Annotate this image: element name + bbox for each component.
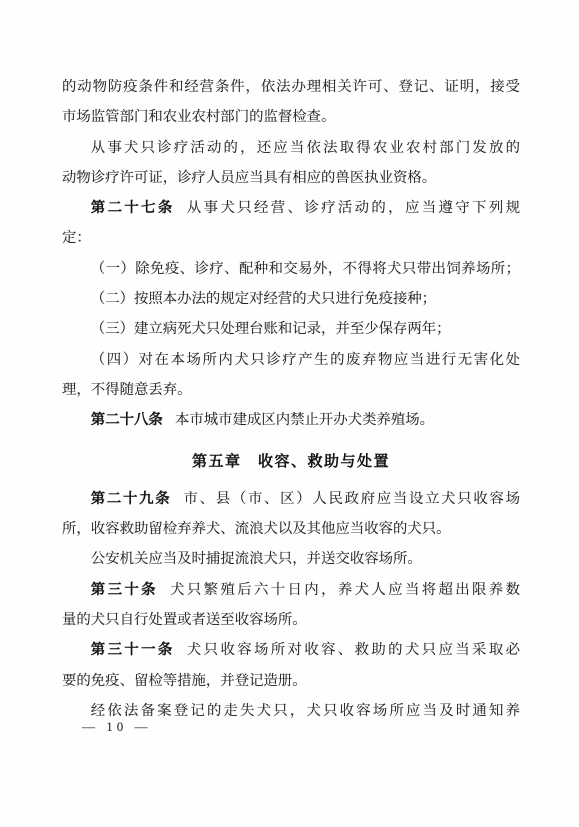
list-item-line: （一）除免疫、诊疗、配种和交易外，不得将犬只带出饲养场所； — [62, 254, 520, 284]
article-line: 第二十七条从事犬只经营、诊疗活动的，应当遵守下列规 — [62, 193, 520, 223]
text-line: 理，不得随意丢弃。 — [62, 375, 520, 405]
text-line: 量的犬只自行处置或者送至收容场所。 — [62, 605, 520, 635]
line-text: 理，不得随意丢弃。 — [62, 382, 192, 398]
line-text: 量的犬只自行处置或者送至收容场所。 — [62, 612, 307, 628]
article-number-label: 第三十条 — [91, 582, 158, 598]
text-line: 从事犬只诊疗活动的，还应当依法取得农业农村部门发放的 — [62, 133, 520, 163]
article-number-label: 第二十七条 — [91, 200, 175, 216]
line-text: 市、县（市、区）人民政府应当设立犬只收容场 — [184, 491, 520, 507]
list-item-line: （三）建立病死犬只处理台账和记录，并至少保存两年； — [62, 314, 520, 344]
article-number-label: 第二十九条 — [91, 491, 172, 507]
line-text: 公安机关应当及时捕捉流浪犬只，并送交收容场所。 — [91, 551, 422, 567]
line-text: 定： — [62, 230, 91, 246]
text-line: 市场监管部门和农业农村部门的监督检查。 — [62, 102, 520, 132]
text-line: 要的免疫、留检等措施，并登记造册。 — [62, 666, 520, 696]
list-item-line: （二）按照本办法的规定对经营的犬只进行免疫接种； — [62, 284, 520, 314]
document-page: 的动物防疫条件和经营条件，依法办理相关许可、登记、证明，接受 市场监管部门和农业… — [0, 0, 579, 827]
line-text: 所，收容救助留检弃养犬、流浪犬以及其他应当收容的犬只。 — [62, 521, 451, 537]
line-text: 的动物防疫条件和经营条件，依法办理相关许可、登记、证明，接受 — [62, 79, 520, 95]
text-line: 公安机关应当及时捕捉流浪犬只，并送交收容场所。 — [62, 544, 520, 574]
line-text: 动物诊疗许可证，诊疗人员应当具有相应的兽医执业资格。 — [62, 170, 436, 186]
line-text: 本市城市建成区内禁止开办犬类养殖场。 — [175, 412, 434, 428]
line-text: 从事犬只诊疗活动的，还应当依法取得农业农村部门发放的 — [91, 140, 520, 156]
article-number-label: 第三十一条 — [91, 642, 175, 658]
line-text: （一）除免疫、诊疗、配种和交易外，不得将犬只带出饲养场所； — [91, 261, 520, 277]
line-text: 从事犬只经营、诊疗活动的，应当遵守下列规 — [187, 200, 520, 216]
list-item-line: （四）对在本场所内犬只诊疗产生的废弃物应当进行无害化处 — [62, 345, 520, 375]
article-number-label: 第二十八条 — [91, 412, 163, 428]
line-text: （二）按照本办法的规定对经营的犬只进行免疫接种； — [91, 291, 436, 307]
article-line: 第二十九条市、县（市、区）人民政府应当设立犬只收容场 — [62, 484, 520, 514]
line-text: 经依法备案登记的走失犬只，犬只收容场所应当及时通知养 — [91, 703, 520, 719]
line-text: 市场监管部门和农业农村部门的监督检查。 — [62, 109, 335, 125]
line-text: 犬只收容场所对收容、救助的犬只应当采取必 — [187, 642, 520, 658]
text-line: 的动物防疫条件和经营条件，依法办理相关许可、登记、证明，接受 — [62, 72, 520, 102]
article-line: 第三十条犬只繁殖后六十日内，养犬人应当将超出限养数 — [62, 575, 520, 605]
line-text: 要的免疫、留检等措施，并登记造册。 — [62, 673, 307, 689]
line-text: 犬只繁殖后六十日内，养犬人应当将超出限养数 — [170, 582, 520, 598]
chapter-heading-text: 第五章 收容、救助与处置 — [192, 453, 390, 470]
page-body: 的动物防疫条件和经营条件，依法办理相关许可、登记、证明，接受 市场监管部门和农业… — [62, 72, 520, 726]
article-line: 第三十一条犬只收容场所对收容、救助的犬只应当采取必 — [62, 635, 520, 665]
line-text: （三）建立病死犬只处理台账和记录，并至少保存两年； — [91, 321, 451, 337]
page-number-footer: — 10 — — [82, 719, 152, 735]
chapter-heading: 第五章 收容、救助与处置 — [62, 447, 520, 477]
text-line: 所，收容救助留检弃养犬、流浪犬以及其他应当收容的犬只。 — [62, 514, 520, 544]
text-line: 动物诊疗许可证，诊疗人员应当具有相应的兽医执业资格。 — [62, 163, 520, 193]
article-line: 第二十八条本市城市建成区内禁止开办犬类养殖场。 — [62, 405, 520, 435]
line-text: （四）对在本场所内犬只诊疗产生的废弃物应当进行无害化处 — [91, 352, 520, 368]
text-line: 定： — [62, 223, 520, 253]
